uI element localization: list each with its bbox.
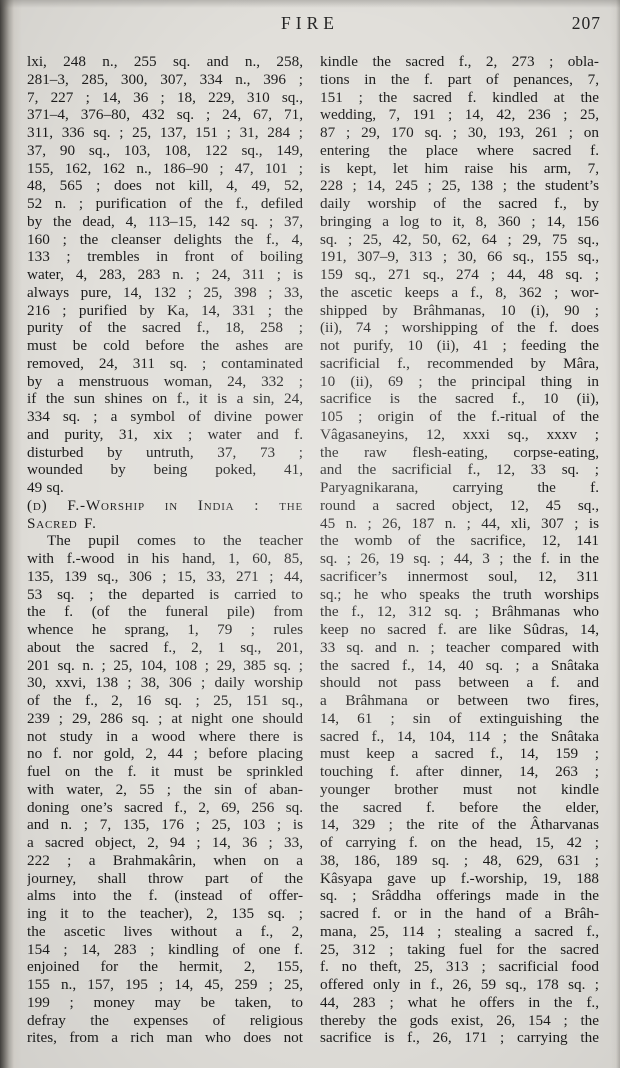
text-line: about the sacred f., 2, 1 sq., 201,: [27, 639, 303, 657]
text-line: 151 ; the sacred f. kindled at the: [320, 89, 599, 107]
text-line: not purify, 10 (ii), 41 ; feeding the: [320, 337, 599, 355]
text-line: 45 n. ; 26, 187 n. ; 44, xli, 307 ; is: [320, 515, 599, 533]
text-line: 239 ; 29, 286 sq. ; at night one should: [27, 710, 303, 728]
text-line: and purity, 31, xix ; water and f.: [27, 426, 303, 444]
text-line: 155, 162, 162 n., 186–90 ; 47, 101 ;: [27, 160, 303, 178]
text-line: 30, xxvi, 138 ; 38, 306 ; daily worship: [27, 674, 303, 692]
running-head: FIRE 207: [0, 13, 620, 37]
text-line: the f. (of the funeral pile) from: [27, 603, 303, 621]
paragraph-first-line: The pupil comes to the teacher: [27, 532, 303, 550]
text-line: 133 ; trembles in front of boiling: [27, 248, 303, 266]
text-line: keep no sacred f. are like Sûdras, 14,: [320, 621, 599, 639]
text-line: sacrifice is f., 26, 171 ; carrying the: [320, 1029, 599, 1047]
text-line: 311, 336 sq. ; 25, 137, 151 ; 31, 284 ;: [27, 124, 303, 142]
text-line: the sacred f., 14, 40 sq. ; a Snâtaka: [320, 657, 599, 675]
text-line: 199 ; money may be taken, to: [27, 994, 303, 1012]
text-line: f. no theft, 25, 313 ; sacrificial food: [320, 958, 599, 976]
text-line: whence he sprang, 1, 79 ; rules: [27, 621, 303, 639]
text-line: journey, shall throw part of the: [27, 870, 303, 888]
text-line: defray the expenses of religious: [27, 1012, 303, 1030]
text-line: 53 sq. ; the departed is carried to: [27, 586, 303, 604]
text-line: 159 sq., 271 sq., 274 ; 44, 48 sq. ;: [320, 266, 599, 284]
text-line: 7, 227 ; 14, 36 ; 18, 229, 310 sq.,: [27, 89, 303, 107]
section-heading: Sacred F.: [27, 515, 303, 533]
text-line: 334 sq. ; a symbol of divine power: [27, 408, 303, 426]
text-line: 14, 329 ; the rite of the Âtharvanas: [320, 816, 599, 834]
text-line: always pure, 14, 132 ; 25, 398 ; 33,: [27, 284, 303, 302]
text-line: 371–4, 376–80, 432 sq. ; 24, 67, 71,: [27, 106, 303, 124]
text-line: wedding, 7, 191 ; 14, 42, 236 ; 25,: [320, 106, 599, 124]
text-line: the womb of the sacrifice, 12, 141: [320, 532, 599, 550]
text-columns: lxi, 248 n., 255 sq. and n., 258,281–3, …: [27, 53, 599, 1047]
text-line: should not pass between a f. and: [320, 674, 599, 692]
text-line: a Brâhmana or between two fires,: [320, 692, 599, 710]
text-line: of carrying f. on the head, 15, 42 ;: [320, 834, 599, 852]
text-line: offered only in f., 26, 59 sq., 178 sq. …: [320, 976, 599, 994]
text-line: of the f., 2, 16 sq. ; 25, 151 sq.,: [27, 692, 303, 710]
text-line: 37, 90 sq., 103, 108, 122 sq., 149,: [27, 142, 303, 160]
text-line: the f., 12, 312 sq. ; Brâhmanas who: [320, 603, 599, 621]
left-column: lxi, 248 n., 255 sq. and n., 258,281–3, …: [27, 53, 303, 1047]
text-line: sq. ; 25, 42, 50, 62, 64 ; 29, 75 sq.,: [320, 231, 599, 249]
text-line: with water, 2, 55 ; the sin of aban-: [27, 781, 303, 799]
text-line: 105 ; origin of the f.-ritual of the: [320, 408, 599, 426]
text-line: sq.; he who speaks the truth worships: [320, 586, 599, 604]
text-line: 87 ; 29, 170 sq. ; 30, 193, 261 ; on: [320, 124, 599, 142]
text-line: 281–3, 285, 300, 307, 334 n., 396 ;: [27, 71, 303, 89]
text-line: 44, 283 ; what he offers in the f.,: [320, 994, 599, 1012]
text-line: lxi, 248 n., 255 sq. and n., 258,: [27, 53, 303, 71]
text-line: is kept, let him raise his arm, 7,: [320, 160, 599, 178]
text-line: entering the place where sacred f.: [320, 142, 599, 160]
text-line: the ascetic keeps a f., 8, 362 ; wor-: [320, 284, 599, 302]
text-line: Paryagnikarana, carrying the f.: [320, 479, 599, 497]
text-line: a sacred object, 2, 94 ; 14, 36 ; 33,: [27, 834, 303, 852]
text-line: alms into the f. (instead of offer-: [27, 887, 303, 905]
scan-right-shadow: [610, 0, 620, 1068]
text-line: sacrifice is the sacred f., 10 (ii),: [320, 390, 599, 408]
text-line: 52 n. ; purification of the f., defiled: [27, 195, 303, 213]
text-line: sacred f. or in the hand of a Brâh-: [320, 905, 599, 923]
text-line: Kâsyapa gave up f.-worship, 19, 188: [320, 870, 599, 888]
text-line: removed, 24, 311 sq. ; contaminated: [27, 355, 303, 373]
text-line: tions in the f. part of penances, 7,: [320, 71, 599, 89]
text-line: 154 ; 14, 283 ; kindling of one f.: [27, 941, 303, 959]
text-line: touching f. after dinner, 14, 263 ;: [320, 763, 599, 781]
text-line: 160 ; the cleanser delights the f., 4,: [27, 231, 303, 249]
text-line: round a sacred object, 12, 45 sq.,: [320, 497, 599, 515]
text-line: wounded by being poked, 41,: [27, 461, 303, 479]
text-line: (ii), 74 ; worshipping of the f. does: [320, 319, 599, 337]
text-line: by the dead, 4, 113–15, 142 sq. ; 37,: [27, 213, 303, 231]
page-number: 207: [572, 13, 601, 34]
text-line: kindle the sacred f., 2, 273 ; obla-: [320, 53, 599, 71]
text-line: 201 sq. n. ; 25, 104, 108 ; 29, 385 sq. …: [27, 657, 303, 675]
text-line: no f. nor gold, 2, 44 ; before placing: [27, 745, 303, 763]
text-line: 38, 186, 189 sq. ; 48, 629, 631 ;: [320, 852, 599, 870]
text-line: water, 4, 283, 283 n. ; 24, 311 ; is: [27, 266, 303, 284]
text-line: sacrificer’s innermost soul, 12, 311: [320, 568, 599, 586]
text-line: shipped by Brâhmanas, 10 (i), 90 ;: [320, 302, 599, 320]
text-line: daily worship of the sacred f., by: [320, 195, 599, 213]
scan-top-shadow: [0, 0, 620, 8]
text-line: 48, 565 ; does not kill, 4, 49, 52,: [27, 177, 303, 195]
text-line: Vâgasaneyins, 12, xxxi sq., xxxv ;: [320, 426, 599, 444]
text-line: rites, from a rich man who does not: [27, 1029, 303, 1047]
text-line: younger brother must not kindle: [320, 781, 599, 799]
scan-left-shadow: [0, 0, 22, 1068]
text-line: 228 ; 14, 245 ; 25, 138 ; the student’s: [320, 177, 599, 195]
text-line: 135, 139 sq., 306 ; 15, 33, 271 ; 44,: [27, 568, 303, 586]
text-line: fuel on the f. it must be sprinkled: [27, 763, 303, 781]
text-line: bringing a log to it, 8, 360 ; 14, 156: [320, 213, 599, 231]
text-line: the sacred f. before the elder,: [320, 799, 599, 817]
right-column: kindle the sacred f., 2, 273 ; obla-tion…: [320, 53, 599, 1047]
text-line: and n. ; 7, 135, 176 ; 25, 103 ; is: [27, 816, 303, 834]
text-line: must be cold before the ashes are: [27, 337, 303, 355]
text-line: doning one’s sacred f., 2, 69, 256 sq.: [27, 799, 303, 817]
text-line: enjoined for the hermit, 2, 155,: [27, 958, 303, 976]
text-line: sacred f., 14, 104, 114 ; the Snâtaka: [320, 728, 599, 746]
text-line: with f.-wood in his hand, 1, 60, 85,: [27, 550, 303, 568]
text-line: 155 n., 157, 195 ; 14, 45, 259 ; 25,: [27, 976, 303, 994]
text-line: sacrificial f., recommended by Mâra,: [320, 355, 599, 373]
text-line: sq. ; Srâddha offerings made in the: [320, 887, 599, 905]
text-line: the raw flesh-eating, corpse-eating,: [320, 444, 599, 462]
text-line: 49 sq.: [27, 479, 303, 497]
text-line: mana, 25, 114 ; stealing a sacred f.,: [320, 923, 599, 941]
text-line: 222 ; a Brahmakârin, when on a: [27, 852, 303, 870]
text-line: sq. ; 26, 19 sq. ; 44, 3 ; the f. in the: [320, 550, 599, 568]
section-heading: (d) F.-Worship in India : the: [27, 497, 303, 515]
page-title: FIRE: [0, 13, 620, 34]
text-line: 25, 312 ; taking fuel for the sacred: [320, 941, 599, 959]
text-line: by a menstruous woman, 24, 332 ;: [27, 373, 303, 391]
text-line: 33 sq. and n. ; teacher compared with: [320, 639, 599, 657]
text-line: 10 (ii), 69 ; the principal thing in: [320, 373, 599, 391]
text-line: 191, 307–9, 313 ; 30, 66 sq., 155 sq.,: [320, 248, 599, 266]
text-line: purity of the sacred f., 18, 258 ;: [27, 319, 303, 337]
text-line: disturbed by untruth, 37, 73 ;: [27, 444, 303, 462]
text-line: 14, 61 ; sin of extinguishing the: [320, 710, 599, 728]
text-line: not study in a wood where there is: [27, 728, 303, 746]
text-line: the ascetic lives without a f., 2,: [27, 923, 303, 941]
text-line: ing it to the teacher), 2, 135 sq. ;: [27, 905, 303, 923]
text-line: if the sun shines on f., it is a sin, 24…: [27, 390, 303, 408]
text-line: must keep a sacred f., 14, 159 ;: [320, 745, 599, 763]
text-line: thereby the gods exist, 26, 154 ; the: [320, 1012, 599, 1030]
text-line: and the sacrificial f., 12, 33 sq. ;: [320, 461, 599, 479]
text-line: 216 ; purified by Ka, 14, 331 ; the: [27, 302, 303, 320]
